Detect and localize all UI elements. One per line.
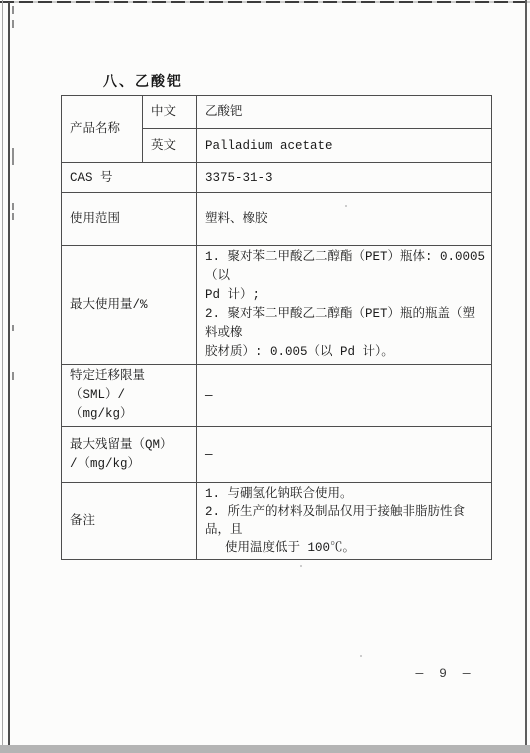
- sml-value: —: [197, 365, 492, 427]
- lang-english-label: 英文: [143, 129, 197, 163]
- scan-edge-bottom: [0, 745, 530, 753]
- product-name-chinese-value: 乙酸钯: [197, 96, 492, 129]
- qm-label: 最大残留量（QM） /（mg/kg）: [62, 427, 197, 483]
- scan-artifact-tick: [12, 203, 14, 210]
- scan-artifact-tick: [12, 325, 14, 331]
- sml-label: 特定迁移限量（SML）/ （mg/kg）: [62, 365, 197, 427]
- max-usage-label: 最大使用量/%: [62, 246, 197, 365]
- qm-value: —: [197, 427, 492, 483]
- product-name-label: 产品名称: [62, 96, 143, 163]
- remark-value: 1. 与硼氢化钠联合使用。 2. 所生产的材料及制品仅用于接触非脂肪性食品，且 …: [197, 483, 492, 560]
- scan-artifact-tick: [12, 148, 14, 165]
- scan-artifact-speck: [300, 565, 302, 567]
- product-name-english-value: Palladium acetate: [197, 129, 492, 163]
- usage-scope-value: 塑料、橡胶: [197, 193, 492, 246]
- cas-label: CAS 号: [62, 163, 197, 193]
- scan-edge-right: [525, 0, 527, 746]
- lang-chinese-label: 中文: [143, 96, 197, 129]
- scan-artifact-tick: [12, 213, 14, 220]
- product-spec-table: 产品名称 中文 乙酸钯 英文 Palladium acetate CAS 号 3…: [61, 95, 492, 560]
- remark-label: 备注: [62, 483, 197, 560]
- scan-edge-left-outer: [2, 0, 3, 746]
- section-title: 八、乙酸钯: [103, 71, 183, 91]
- cas-value: 3375-31-3: [197, 163, 492, 193]
- scan-edge-top: [0, 1, 530, 3]
- scan-edge-left-inner: [8, 2, 10, 746]
- scan-artifact-speck: [360, 655, 362, 657]
- scan-artifact-tick: [12, 372, 14, 380]
- max-usage-value: 1. 聚对苯二甲酸乙二醇酯（PET）瓶体: 0.0005（以 Pd 计）; 2.…: [197, 246, 492, 365]
- scan-artifact-tick: [12, 6, 14, 14]
- scanned-page: 八、乙酸钯 产品名称 中文 乙酸钯 英文 Palladium acetate C…: [0, 0, 530, 753]
- page-number: — 9 —: [400, 666, 490, 681]
- usage-scope-label: 使用范围: [62, 193, 197, 246]
- scan-artifact-tick: [12, 20, 14, 28]
